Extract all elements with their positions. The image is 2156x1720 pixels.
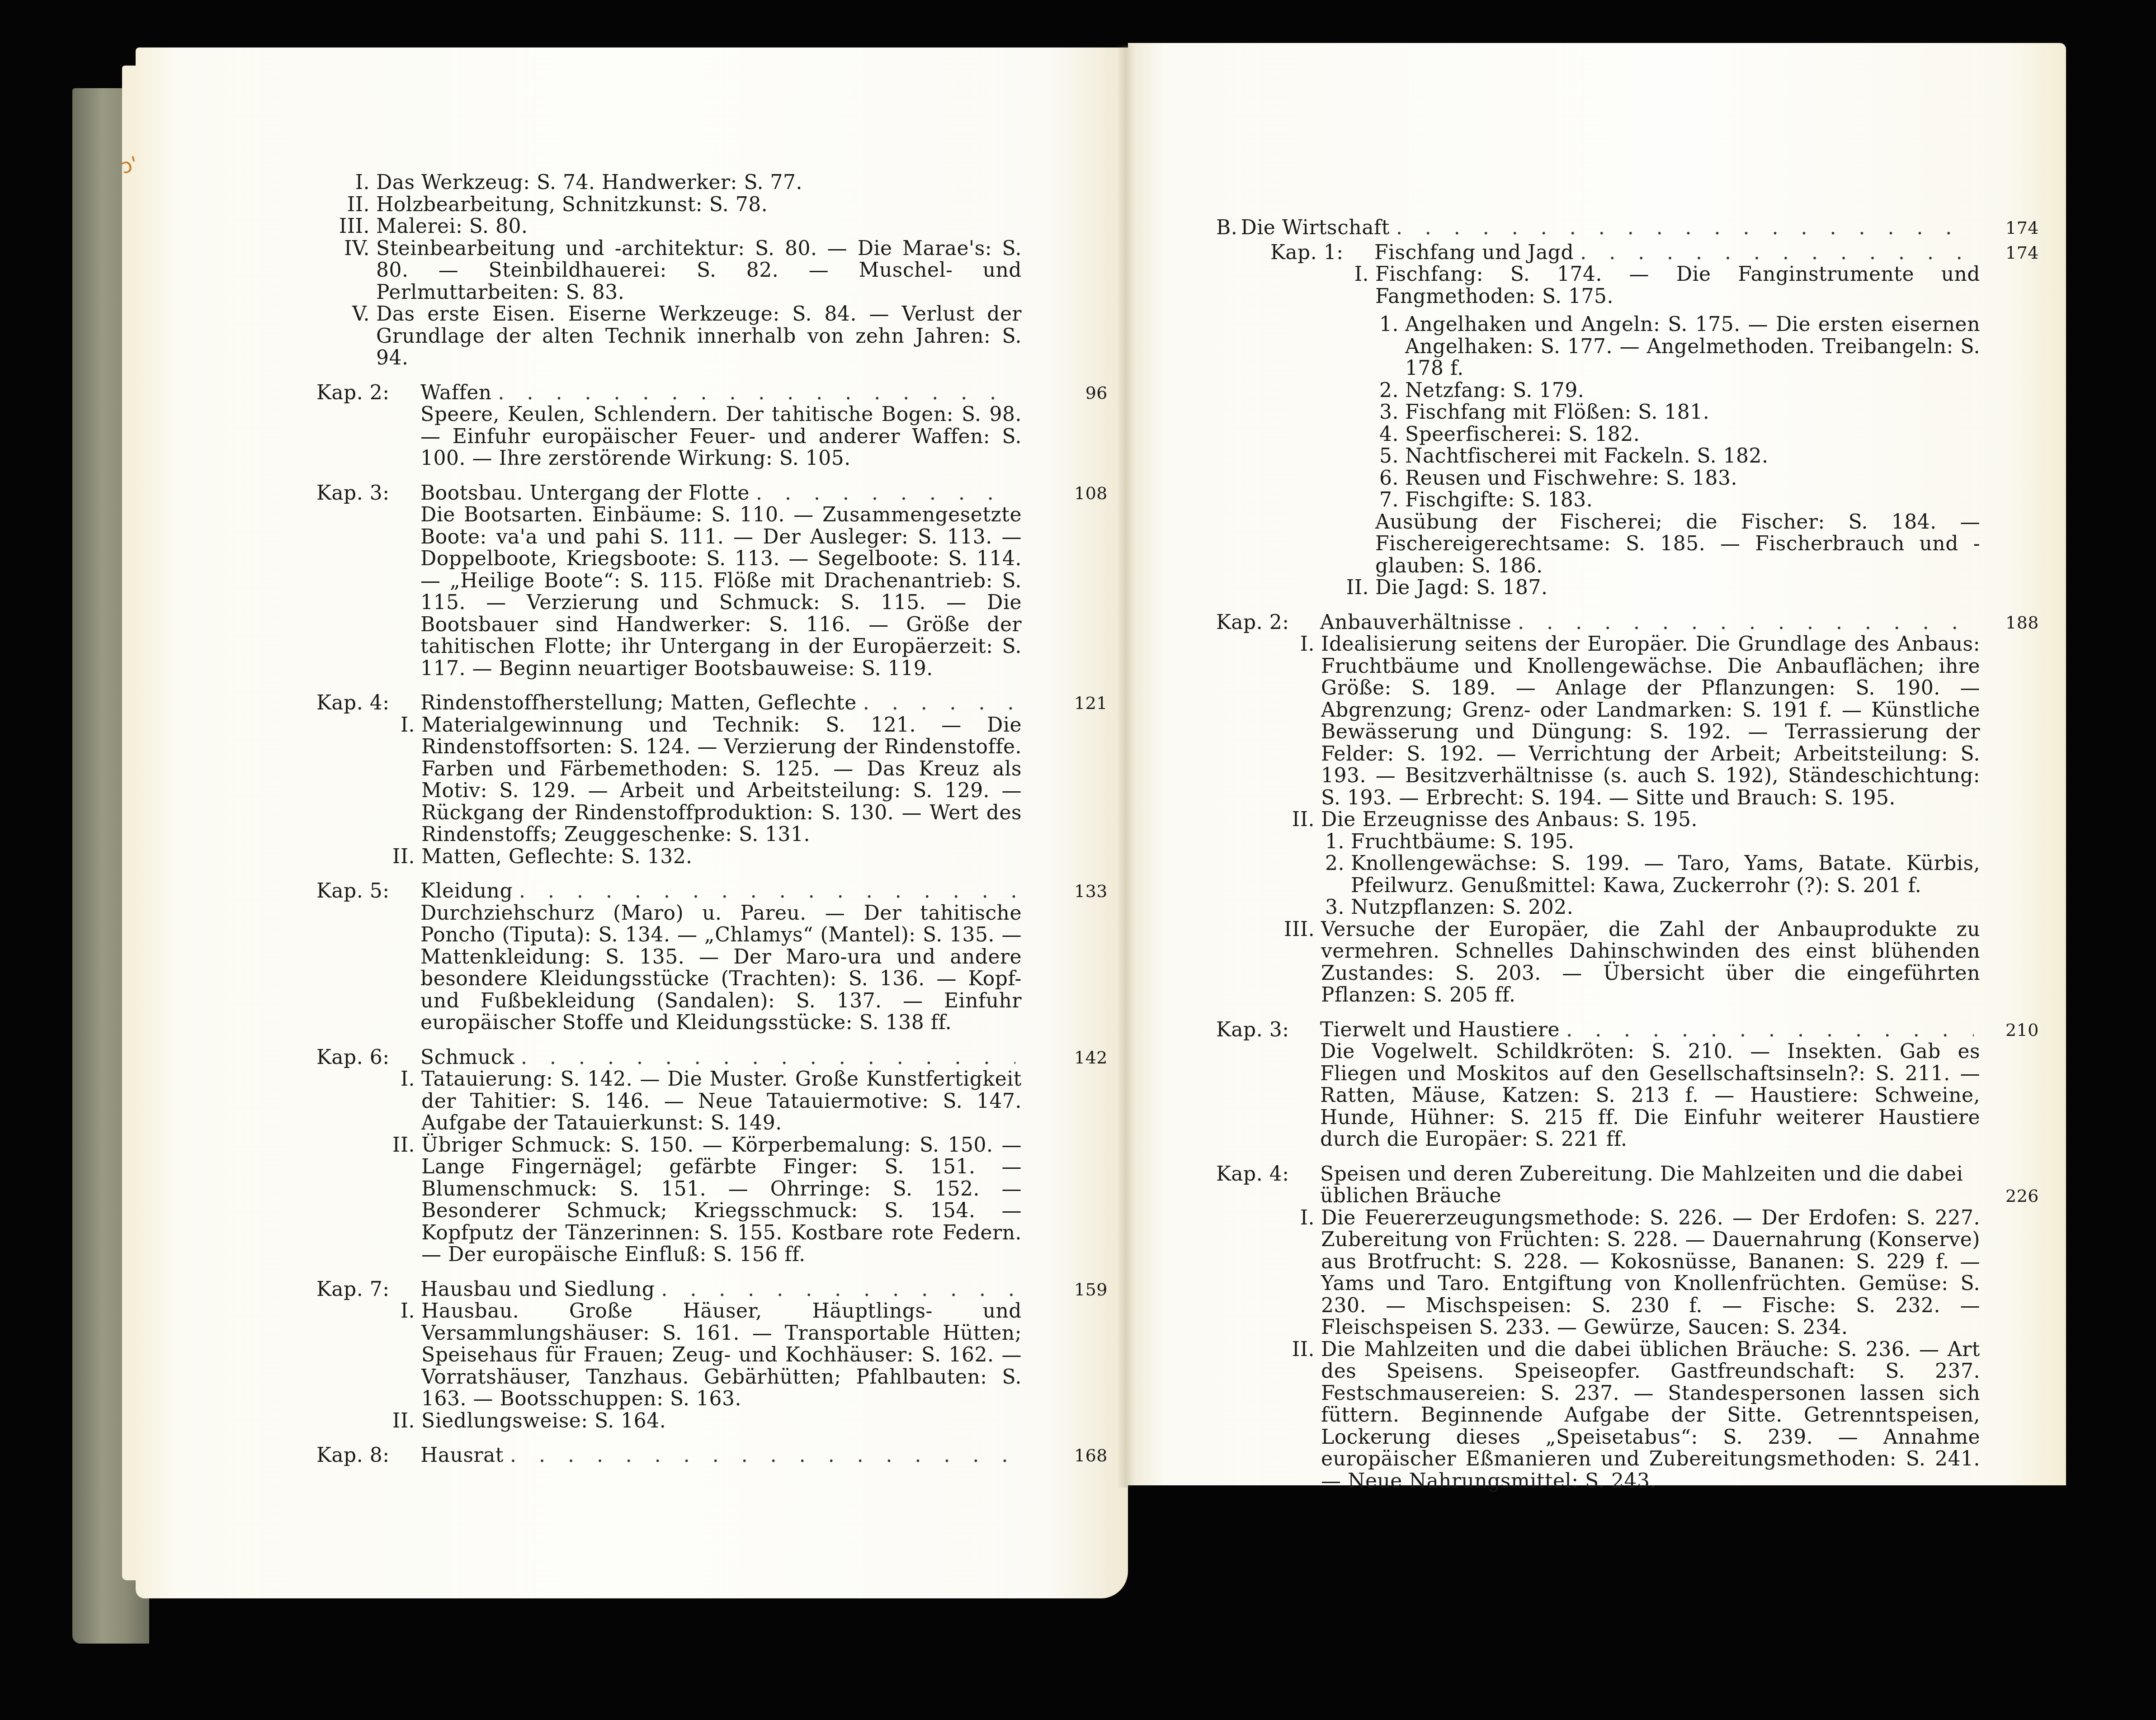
page-number: 210 (2005, 1019, 2039, 1041)
page-number: 96 (1085, 382, 1108, 404)
toc-chapter-kap4: Kap. 4:Rindenstoffherstellung; Matten, G… (316, 692, 1022, 868)
page-number: 168 (1074, 1445, 1108, 1467)
leader-dots: . . . . . . . . . . . . . . . . . . . . … (1396, 217, 1974, 239)
page-number: 188 (2005, 612, 2039, 634)
toc-list-item: 2.Knollengewächse: S. 199. — Taro, Yams,… (1321, 853, 1980, 897)
toc-chapter-b-kap1: Kap. 1:Fischfang und Jagd. . . . . . . .… (1216, 242, 1980, 599)
toc-sub-item: II.Matten, Geflechte: S. 132. (384, 846, 1022, 868)
page-number: 226 (2005, 1185, 2039, 1207)
toc-sub-item: V.Das erste Eisen. Eiserne Werkzeuge: S.… (316, 303, 1022, 369)
left-toc: I.Das Werkzeug: S. 74. Handwerker: S. 77… (316, 172, 1022, 1467)
toc-sub-item: I.Das Werkzeug: S. 74. Handwerker: S. 77… (316, 172, 1022, 194)
toc-sub-item: I.Fischfang: S. 174. — Die Fanginstrumen… (1338, 264, 1980, 307)
toc-chapter-b-kap4: Kap. 4:Speisen und deren Zubereitung. Di… (1216, 1163, 1980, 1493)
page-number: 159 (1074, 1279, 1108, 1301)
leader-dots: . . . . . . . . . . . . . . . . . . . . (756, 482, 1015, 505)
toc-chapter-kap8: Kap. 8:Hausrat. . . . . . . . . . . . . … (316, 1445, 1022, 1467)
toc-sub-item: II.Holzbearbeitung, Schnitzkunst: S. 78. (316, 194, 1022, 216)
leader-dots: . . . . . . . . . . . . . . . . . . . . … (1566, 1019, 1974, 1041)
leader-dots: . . . . . . . . . . . . . . . . . . . . … (510, 1445, 1015, 1467)
leader-dots: . . . . . . . . . . . . . . . . . . . . … (521, 1047, 1015, 1069)
toc-sub-item: II.Übriger Schmuck: S. 150. — Körperbema… (384, 1134, 1022, 1266)
toc-sub-item: I.Idealisierung seitens der Europäer. Di… (1284, 633, 1980, 809)
toc-sub-item: III.Malerei: S. 80. (316, 216, 1022, 238)
toc-list-item: 1.Fruchtbäume: S. 195. (1321, 831, 1980, 853)
toc-chapter-kap7: Kap. 7:Hausbau und Siedlung. . . . . . .… (316, 1279, 1022, 1432)
page-number: 133 (1074, 880, 1108, 903)
toc-list-item: 6.Reusen und Fischwehre: S. 183. (1375, 468, 1980, 490)
toc-list-item: 3.Nutzpflanzen: S. 202. (1321, 897, 1980, 919)
toc-list-item: 7.Fischgifte: S. 183. (1375, 489, 1980, 511)
page-number: 142 (1074, 1047, 1108, 1069)
toc-sub-item: I.Materialgewinnung und Technik: S. 121.… (384, 714, 1022, 846)
toc-sub-item: II.Die Erzeugnisse des Anbaus: S. 195. (1284, 809, 1980, 831)
toc-sub-item: II.Siedlungsweise: S. 164. (384, 1410, 1022, 1432)
toc-list-item: 1.Angelhaken und Angeln: S. 175. — Die e… (1375, 314, 1980, 380)
right-toc: B. Die Wirtschaft. . . . . . . . . . . .… (1216, 217, 1980, 1492)
toc-chapter-b-kap2: Kap. 2:Anbauverhältnisse. . . . . . . . … (1216, 612, 1980, 1006)
toc-sub-item: III.Versuche der Europäer, die Zahl der … (1284, 919, 1980, 1006)
toc-list-item: 2.Netzfang: S. 179. (1375, 380, 1980, 402)
toc-chapter-kap6: Kap. 6:Schmuck. . . . . . . . . . . . . … (316, 1047, 1022, 1266)
toc-sub-item: I.Die Feuererzeugungsmethode: S. 226. — … (1284, 1207, 1980, 1339)
leader-dots: . . . . . . . . . . . . . . . . . . . . … (1518, 612, 1974, 634)
toc-list-item: 3.Fischfang mit Flößen: S. 181. (1375, 402, 1980, 424)
toc-sub-item: II.Die Jagd: S. 187. (1338, 577, 1980, 599)
toc-chapter-b-kap3: Kap. 3:Tierwelt und Haustiere. . . . . .… (1216, 1019, 1980, 1151)
leader-dots: . . . . . . . . . . . . . . . . . . . . (661, 1279, 1015, 1301)
page-number: 174 (2005, 217, 2039, 239)
page-number: 108 (1074, 482, 1108, 505)
toc-section-b: B. Die Wirtschaft. . . . . . . . . . . .… (1216, 217, 1980, 239)
toc-sub-item: IV.Steinbearbeitung und -architektur: S.… (316, 238, 1022, 304)
toc-chapter-kap3: Kap. 3:Bootsbau. Untergang der Flotte. .… (316, 482, 1022, 680)
page-number: 174 (2005, 242, 2039, 264)
book-gutter (1117, 45, 1135, 1488)
toc-sub-item: I.Hausbau. Große Häuser, Häuptlings- und… (384, 1300, 1022, 1410)
leader-dots: . . . . . . . . . . . . . . . . . . . . … (1580, 242, 1974, 264)
toc-list-item: 5.Nachtfischerei mit Fackeln. S. 182. (1375, 445, 1980, 468)
kap1-continuation: I.Das Werkzeug: S. 74. Handwerker: S. 77… (316, 172, 1022, 369)
toc-chapter-kap2: Kap. 2:Waffen. . . . . . . . . . . . . .… (316, 382, 1022, 470)
page-number: 121 (1074, 692, 1108, 714)
toc-sub-item: I.Tatauierung: S. 142. — Die Muster. Gro… (384, 1068, 1022, 1134)
leader-dots: . . . . . . . . . . . . . . . . (863, 692, 1015, 714)
toc-chapter-kap5: Kap. 5:Kleidung. . . . . . . . . . . . .… (316, 880, 1022, 1034)
toc-sub-item: II.Die Mahlzeiten und die dabei üblichen… (1284, 1339, 1980, 1493)
leader-dots: . . . . . . . . . . . . . . . . . . . . … (519, 880, 1015, 903)
toc-list-item: 4.Speerfischerei: S. 182. (1375, 424, 1980, 446)
leader-dots: . . . . . . . . . . . . . . . . . . . . … (498, 382, 1015, 404)
